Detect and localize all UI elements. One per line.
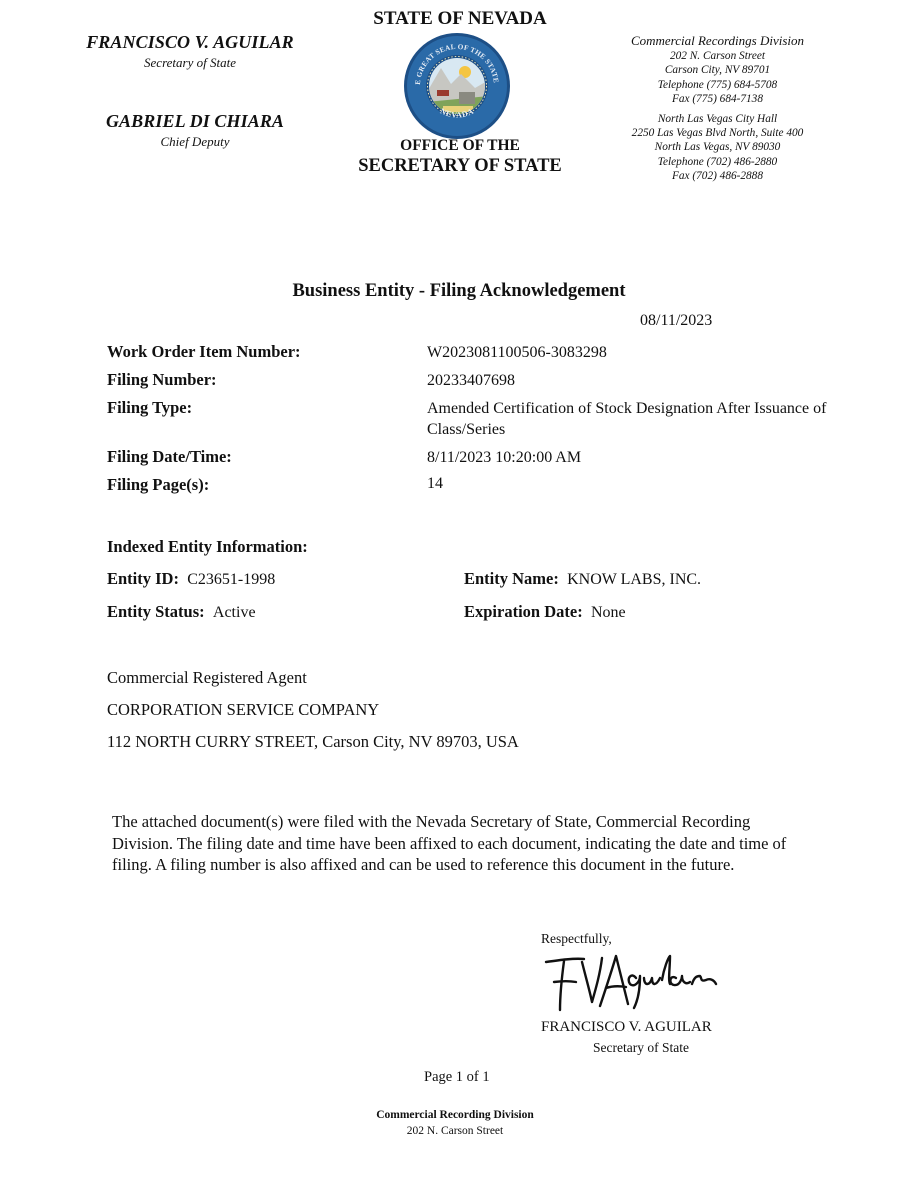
- entity-id-label: Entity ID:: [107, 569, 179, 588]
- field-label: Work Order Item Number:: [107, 342, 301, 362]
- secretary-title: Secretary of State: [60, 55, 320, 71]
- office-address-line: 202 N. Carson Street: [600, 49, 835, 63]
- entity-name-value: KNOW LABS, INC.: [567, 571, 701, 588]
- indexed-entity-heading: Indexed Entity Information:: [107, 537, 308, 557]
- document-date: 08/11/2023: [640, 312, 712, 330]
- footer-division: Commercial Recording Division: [0, 1109, 910, 1121]
- office-address-line: North Las Vegas City Hall: [600, 112, 835, 126]
- office-address-line: North Las Vegas, NV 89030: [600, 140, 835, 154]
- registered-agent-name: CORPORATION SERVICE COMPANY: [107, 700, 379, 720]
- field-label: Filing Number:: [107, 370, 217, 390]
- field-value: 14: [427, 473, 827, 494]
- entity-id-value: C23651-1998: [187, 571, 275, 588]
- field-label: Filing Date/Time:: [107, 447, 232, 467]
- filing-notice: The attached document(s) were filed with…: [112, 811, 792, 876]
- signature-icon: [540, 948, 780, 1018]
- document-title: Business Entity - Filing Acknowledgement: [0, 281, 918, 302]
- office-addresses: Commercial Recordings Division 202 N. Ca…: [600, 32, 835, 184]
- expiration-date-value: None: [591, 604, 626, 621]
- office-address-line: Fax (775) 684-7138: [600, 92, 835, 106]
- signer-name: FRANCISCO V. AGUILAR: [541, 1019, 712, 1036]
- field-label: Filing Type:: [107, 398, 192, 418]
- entity-status-value: Active: [213, 604, 256, 621]
- office-address-line: Telephone (702) 486-2880: [600, 155, 835, 169]
- secretary-name: FRANCISCO V. AGUILAR: [60, 32, 320, 53]
- deputy-title: Chief Deputy: [60, 134, 330, 150]
- field-value: Amended Certification of Stock Designati…: [427, 398, 827, 440]
- office-address-line: 2250 Las Vegas Blvd North, Suite 400: [600, 126, 835, 140]
- expiration-date: Expiration Date: None: [464, 602, 626, 622]
- entity-name: Entity Name: KNOW LABS, INC.: [464, 569, 701, 589]
- deputy-name: GABRIEL DI CHIARA: [60, 111, 330, 132]
- entity-status: Entity Status: Active: [107, 602, 256, 622]
- office-address-line: Telephone (775) 684-5708: [600, 78, 835, 92]
- registered-agent-type: Commercial Registered Agent: [107, 668, 307, 688]
- office-title-line1: OFFICE OF THE: [340, 137, 580, 155]
- office-address-line: Carson City, NV 89701: [600, 63, 835, 77]
- state-title: STATE OF NEVADA: [340, 8, 580, 30]
- entity-name-label: Entity Name:: [464, 569, 559, 588]
- entity-id: Entity ID: C23651-1998: [107, 569, 275, 589]
- office-title-line2: SECRETARY OF STATE: [330, 156, 590, 177]
- field-value: 20233407698: [427, 370, 827, 391]
- office-address-line: Fax (702) 486-2888: [600, 169, 835, 183]
- field-value: W2023081100506-3083298: [427, 342, 827, 363]
- closing-salutation: Respectfully,: [541, 931, 612, 947]
- page-indicator-text: Page 1 of 1: [424, 1069, 490, 1086]
- office-address-line: Commercial Recordings Division: [600, 32, 835, 49]
- registered-agent-address: 112 NORTH CURRY STREET, Carson City, NV …: [107, 732, 519, 752]
- field-value: 8/11/2023 10:20:00 AM: [427, 447, 827, 468]
- footer-address: 202 N. Carson Street: [0, 1125, 910, 1137]
- signer-title: Secretary of State: [541, 1040, 741, 1056]
- nevada-seal-icon: THE GREAT SEAL OF THE STATE OF NEVADA: [403, 32, 511, 140]
- entity-status-label: Entity Status:: [107, 602, 205, 621]
- field-label: Filing Page(s):: [107, 475, 209, 495]
- expiration-date-label: Expiration Date:: [464, 602, 583, 621]
